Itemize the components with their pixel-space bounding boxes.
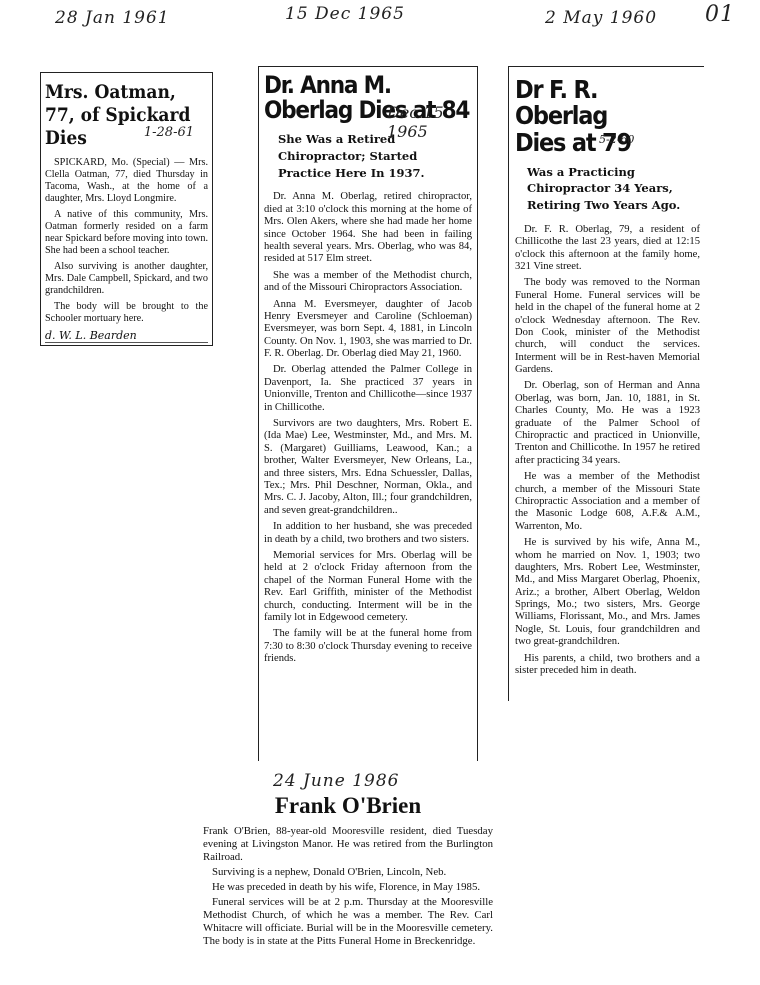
paragraph: She was a member of the Methodist church… (264, 270, 472, 295)
headline-frank-obrien: Frank O'Brien (203, 793, 493, 819)
paragraph: Survivors are two daughters, Mrs. Robert… (264, 418, 472, 517)
paragraph: Frank O'Brien, 88-year-old Mooresville r… (203, 825, 493, 864)
paragraph: Dr. F. R. Oberlag, 79, a resident of Chi… (515, 224, 700, 274)
deck-line: Chiropractor 34 Years, (527, 180, 700, 197)
handwritten-date-obrien: 24 June 1986 (273, 771, 399, 791)
handwritten-signature: d. W. L. Bearden (45, 329, 208, 343)
paragraph: SPICKARD, Mo. (Special) — Mrs. Clella Oa… (45, 157, 208, 205)
paragraph: The body will be brought to the Schooler… (45, 301, 208, 325)
margin-note-fr-oberlag: 5-2-60 (599, 133, 634, 146)
paragraph: Anna M. Eversmeyer, daughter of Jacob He… (264, 299, 472, 361)
paragraph: He is survived by his wife, Anna M., who… (515, 537, 700, 649)
paragraph: Funeral services will be at 2 p.m. Thurs… (203, 896, 493, 948)
article-body-frank-obrien: Frank O'Brien, 88-year-old Mooresville r… (203, 825, 493, 948)
paragraph: In addition to her husband, she was prec… (264, 521, 472, 546)
clipping-frank-obrien: 24 June 1986 Frank O'Brien Frank O'Brien… (203, 775, 493, 950)
article-body-oatman: SPICKARD, Mo. (Special) — Mrs. Clella Oa… (45, 157, 208, 324)
paragraph: He was preceded in death by his wife, Fl… (203, 881, 493, 894)
margin-note-oatman: 1-28-61 (144, 125, 194, 140)
paragraph: Dr. Anna M. Oberlag, retired chiropracto… (264, 191, 472, 265)
handwritten-date-fr-oberlag: 2 May 1960 (545, 8, 657, 28)
deck-line: Practice Here In 1937. (278, 165, 472, 182)
paragraph: He was a member of the Methodist church,… (515, 471, 700, 533)
paragraph: His parents, a child, two brothers and a… (515, 653, 700, 678)
paragraph: Dr. Oberlag, son of Herman and Anna Ober… (515, 380, 700, 467)
paragraph: Dr. Oberlag attended the Palmer College … (264, 364, 472, 414)
deck-line: Chiropractor; Started (278, 148, 472, 165)
deck-line: Retiring Two Years Ago. (527, 197, 700, 214)
paragraph: A native of this community, Mrs. Oatman … (45, 209, 208, 257)
clipping-anna-oberlag: Dr. Anna M. Oberlag Dies at 84 Dec.15 19… (258, 66, 478, 761)
article-body-fr-oberlag: Dr. F. R. Oberlag, 79, a resident of Chi… (515, 224, 700, 678)
paragraph: The body was removed to the Norman Funer… (515, 277, 700, 376)
handwritten-date-anna-oberlag: 15 Dec 1965 (285, 4, 405, 24)
clipping-oatman: Mrs. Oatman, 77, of Spickard Dies 1-28-6… (40, 72, 213, 346)
paragraph: Memorial services for Mrs. Oberlag will … (264, 550, 472, 624)
paragraph: The family will be at the funeral home f… (264, 628, 472, 665)
paragraph: Also surviving is another daughter, Mrs.… (45, 261, 208, 297)
paragraph: Surviving is a nephew, Donald O'Brien, L… (203, 866, 493, 879)
page-marker: 01 (705, 2, 735, 27)
subheadline-fr-oberlag: Was a Practicing Chiropractor 34 Years, … (527, 164, 700, 214)
article-body-anna-oberlag: Dr. Anna M. Oberlag, retired chiropracto… (264, 191, 472, 665)
clipping-fr-oberlag: Dr F. R. Oberlag Dies at 79 5-2-60 Was a… (508, 66, 704, 701)
handwritten-date-oatman: 28 Jan 1961 (55, 8, 170, 28)
deck-line: Was a Practicing (527, 164, 700, 181)
margin-note-anna-oberlag: Dec.15 1965 (387, 103, 457, 141)
